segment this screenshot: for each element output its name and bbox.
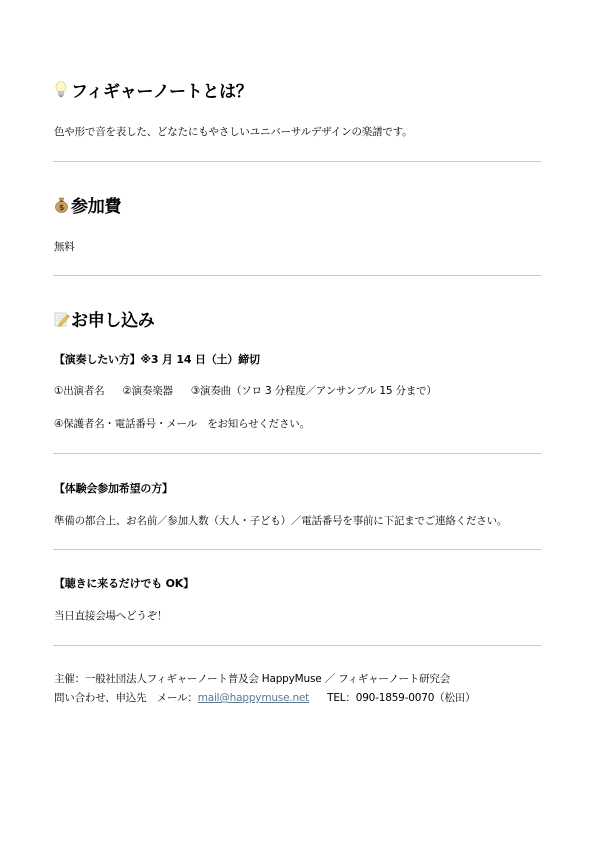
memo-icon bbox=[54, 310, 70, 328]
email-link[interactable]: mail@happymuse.net bbox=[198, 692, 309, 704]
fee-amount: 無料 bbox=[54, 239, 75, 254]
document-page: フィギャーノートとは？ 色や形で音を表した、どなたにもやさしいユニバーサルデザイ… bbox=[0, 0, 594, 841]
divider bbox=[53, 549, 541, 550]
section-title-apply: お申し込み bbox=[71, 306, 155, 331]
organizer-line: 主催：一般社団法人フィギャーノート普及会 HappyMuse ／ フィギャーノー… bbox=[54, 671, 450, 686]
experience-description: 準備の都合上、お名前／参加人数（大人・子ども）／電話番号を事前に下記までご連絡く… bbox=[54, 513, 507, 528]
divider bbox=[53, 645, 541, 646]
divider bbox=[53, 161, 541, 162]
section-title-about: フィギャーノートとは？ bbox=[71, 77, 253, 102]
listeners-description: 当日直接会場へどうぞ！ bbox=[54, 608, 167, 623]
listeners-heading: 【聴きに来るだけでも OK】 bbox=[54, 575, 194, 591]
section-heading-apply: お申し込み bbox=[54, 306, 155, 331]
required-item-performer-name: ①出演者名 bbox=[54, 385, 104, 397]
svg-text:$: $ bbox=[59, 203, 65, 212]
performers-required-items: ①出演者名②演奏楽器③演奏曲（ソロ 3 分程度／アンサンブル 15 分まで） bbox=[54, 383, 437, 398]
required-item-guardian-info: ④保護者名・電話番号・メール をお知らせください。 bbox=[54, 416, 310, 431]
section-heading-about: フィギャーノートとは？ bbox=[54, 77, 253, 102]
contact-label: 問い合わせ、申込先 メール： bbox=[54, 692, 198, 704]
divider bbox=[53, 453, 541, 454]
contact-line: 問い合わせ、申込先 メール：mail@happymuse.netTEL：090-… bbox=[54, 690, 475, 705]
lightbulb-icon bbox=[54, 81, 70, 99]
money-bag-icon: $ bbox=[54, 196, 70, 214]
phone-number: TEL：090-1859-0070（松田） bbox=[327, 692, 475, 704]
required-item-instrument: ②演奏楽器 bbox=[122, 385, 172, 397]
experience-heading: 【体験会参加希望の方】 bbox=[54, 480, 173, 496]
performers-heading: 【演奏したい方】※3 月 14 日（土）締切 bbox=[54, 351, 260, 367]
section-heading-fee: $ 参加費 bbox=[54, 192, 121, 217]
required-item-piece: ③演奏曲（ソロ 3 分程度／アンサンブル 15 分まで） bbox=[191, 385, 437, 397]
section-title-fee: 参加費 bbox=[71, 192, 121, 217]
divider bbox=[53, 275, 541, 276]
about-description: 色や形で音を表した、どなたにもやさしいユニバーサルデザインの楽譜です。 bbox=[54, 124, 412, 139]
